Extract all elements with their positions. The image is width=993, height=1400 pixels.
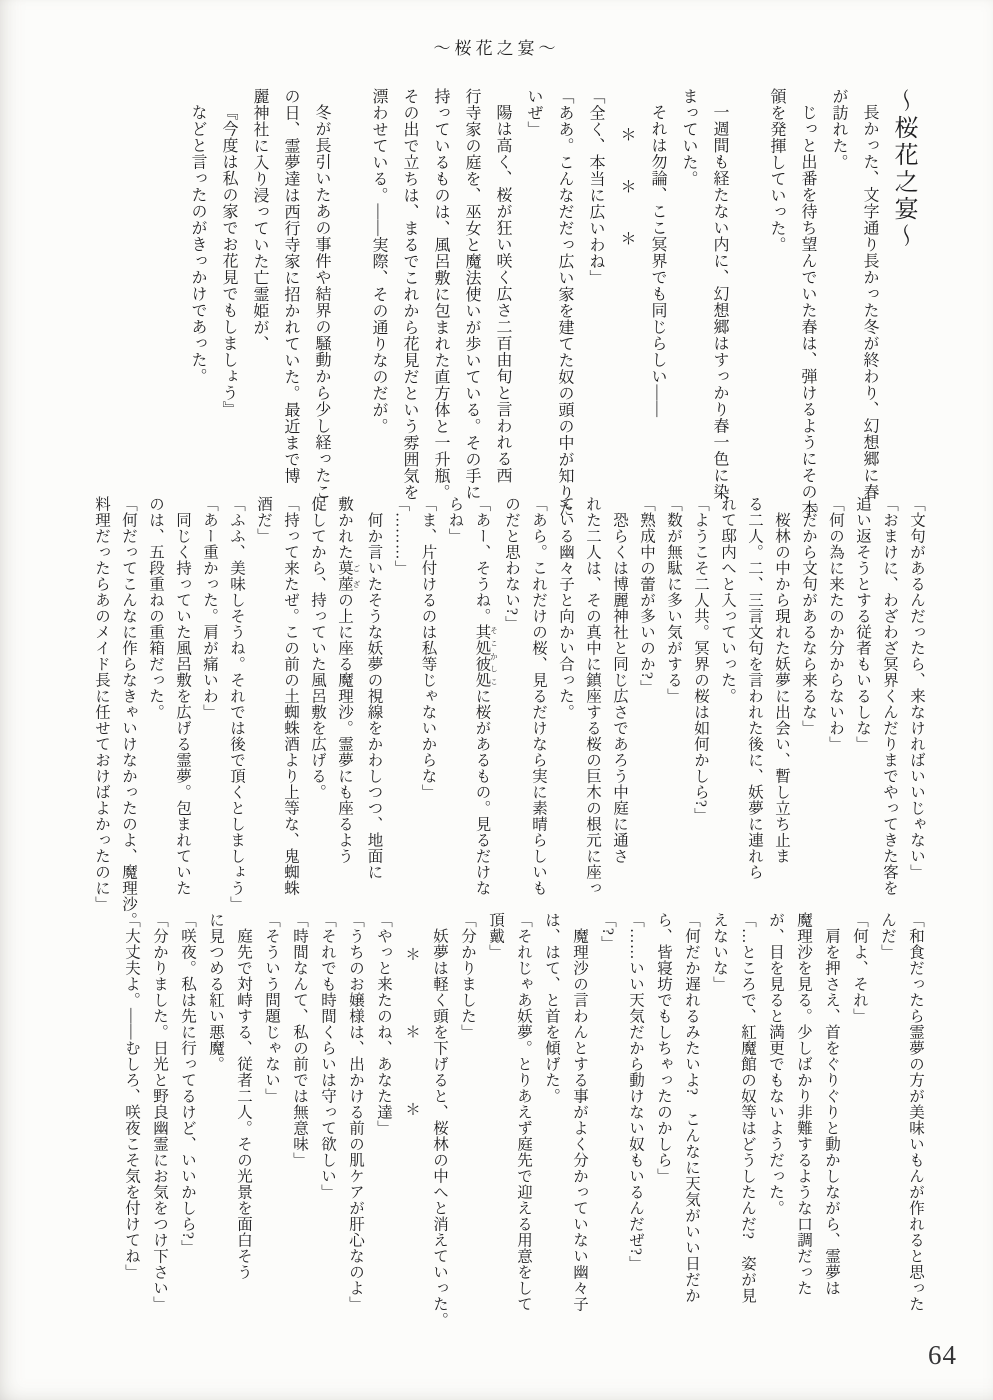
text-column: 妖夢は軽く頭を下げると、桜林の中へと消えていった。 <box>425 912 453 1342</box>
ruby-annotation: そこかしこ <box>490 624 499 688</box>
text-band-opening: 〜桜花之宴〜長かった、文字通り長かった冬が終わり、幻想郷に春が訪れた。じっと出番… <box>182 88 921 508</box>
text-column: 追い返そうとする従者もいるしな」 <box>849 496 876 924</box>
text-column: 促してから、持っていた風呂敷を広げる。 <box>304 496 331 924</box>
text-column: れた二人は、その真中に鎮座する桜の巨木の根元に座っ <box>579 496 606 924</box>
text-column: 「和食だったら霊夢の方が美味いもんが作れると思った <box>901 912 929 1342</box>
text-column: る二人。二、三言文句を言われた後に、妖夢に連れら <box>741 496 768 924</box>
text-column: のは、五段重ねの重箱だった。 <box>142 496 169 924</box>
text-column: 漂わせている。――実際、その通りなのだが。 <box>363 88 394 508</box>
text-column: 酒だ」 <box>250 496 277 924</box>
ruby-base: 其処彼処 <box>474 624 491 688</box>
text-column: 「数が無駄に多い気がする」 <box>660 496 687 924</box>
text-column: 庭先で対峙する、従者二人。その光景を面白そう <box>229 912 257 1342</box>
text-column: 「それでも時間くらいは守って欲しい」 <box>313 912 341 1342</box>
text-column: 行寺家の庭を、巫女と魔法使いが歩いている。その手に <box>456 88 487 508</box>
text-column: 「熟成中の蕾が多いのか?」 <box>633 496 660 924</box>
text-column: 敷かれた茣蓙ござの上に座る魔理沙。霊夢にも座るよう <box>331 496 361 924</box>
text-column: のだと思わない?」 <box>498 496 525 924</box>
text-column: らね」 <box>442 496 469 924</box>
ruby-base: 茣蓙 <box>336 560 353 592</box>
paragraph-gap <box>735 88 761 508</box>
text-column: 「全く、本当に広いわね」 <box>580 88 611 508</box>
text-column: 「分かりました」 <box>453 912 481 1342</box>
text-column: 魔理沙を見る。少しばかり非難するような口調だった <box>789 912 817 1342</box>
text-column: じっと出番を待ち望んでいた春は、弾けるようにその本 <box>792 88 823 508</box>
text-column: 「分かりました。日光と野良幽霊にお気をつけ下さい」 <box>145 912 173 1342</box>
text-column: 料理だったらあのメイド長に任せておけばよかったのに」 <box>88 496 115 924</box>
text-column: 恐らくは博麗神社と同じ広さであろう中庭に通さ <box>606 496 633 924</box>
text-column: 麗神社に入り浸っていた亡霊姫が、 <box>244 88 275 508</box>
text-column: 「………」 <box>388 496 415 924</box>
text-column: 「ああ。こんなだだっ広い家を建てた奴の頭の中が知りた <box>549 88 580 508</box>
text-column: 「ようこそ二人共。冥界の桜は如何かしら?」 <box>687 496 714 924</box>
text-column: 「……いい天気だから動けない奴もいるんだぜ?」 <box>621 912 649 1342</box>
text-column: 「…ところで、紅魔館の奴等はどうしたんだ? 姿が見 <box>733 912 761 1342</box>
text-column: 「あー重かった。肩が痛いわ」 <box>196 496 223 924</box>
text-column: が訪れた。 <box>823 88 854 508</box>
text-column: 陽は高く、桜が狂い咲く広さ二百由旬と言われる西 <box>487 88 518 508</box>
text-column: 「それじゃあ妖夢。とりあえず庭先で迎える用意をして <box>509 912 537 1342</box>
text-column: れて邸内へと入っていった。 <box>714 496 741 924</box>
text-column: 領を発揮していった。 <box>761 88 792 508</box>
text-column: その出で立ちは、まるでこれから花見だという雰囲気を <box>394 88 425 508</box>
text-column: えないな」 <box>705 912 733 1342</box>
novel-scan-page: { "page": { "header_title": "〜桜花之宴〜", "p… <box>0 0 993 1400</box>
text-column: 何か言いたそうな妖夢の視線をかわしつつ、地面に <box>361 496 388 924</box>
text-column: それは勿論、ここ冥界でも同じらしい―― <box>642 88 673 508</box>
text-column: 「?」 <box>593 912 621 1342</box>
text-column: 頂戴」 <box>481 912 509 1342</box>
text-column: が、目を見ると満更でもないようだった。 <box>761 912 789 1342</box>
text-column: 「ふふ、美味しそうね。それでは後で頂くとしましょう」 <box>223 496 250 924</box>
text-column: 「あー、そうね。其処彼処そこかしこに桜があるもの。見るだけな <box>469 496 499 924</box>
text-column: に見つめる紅い悪魔。 <box>201 912 229 1342</box>
text-column: 「うちのお嬢様は、出かける前の肌ケアが肝心なのよ」 <box>341 912 369 1342</box>
text-column: まっていた。 <box>673 88 704 508</box>
section-title-vertical: 〜桜花之宴〜 <box>885 88 921 508</box>
text-band-bottom: 「和食だったら霊夢の方が美味いもんが作れると思ったんだ」「何よ、それ」肩を押さえ… <box>117 912 929 1342</box>
text-column: 持っているものは、風呂敷に包まれた直方体と一升瓶。 <box>425 88 456 508</box>
text-column: 魔理沙の言わんとする事がよく分かっていない幽々子 <box>565 912 593 1342</box>
text-column: 「時間なんて、私の前では無意味」 <box>285 912 313 1342</box>
text-column: 「咲夜。私は先に行ってるけど、いいかしら?」 <box>173 912 201 1342</box>
text-column: ている幽々子と向かい合った。 <box>552 496 579 924</box>
text-column: 「おまけに、わざわざ冥界くんだりまでやってきた客を <box>876 496 903 924</box>
text-column: 一週間も経たない内に、幻想郷はすっかり春一色に染 <box>704 88 735 508</box>
text-column: の日、霊夢達は西行寺家に招かれていた。最近まで博 <box>275 88 306 508</box>
text-band-middle: 「文句があるんだったら、来なければいいじゃない」「おまけに、わざわざ冥界くんだり… <box>88 496 930 924</box>
text-column: 「何だってこんなに作らなきゃいけなかったのよ、魔理沙。 <box>115 496 142 924</box>
text-column: 桜林の中から現れた妖夢に出会い、暫し立ち止ま <box>768 496 795 924</box>
stars-divider: ＊＊＊ <box>611 88 642 508</box>
text-column: 『今度は私の家でお花見でもしましょう』 <box>213 88 244 508</box>
text-column: 「ま、片付けるのは私等じゃないからな」 <box>415 496 442 924</box>
text-column: 「何よ、それ」 <box>845 912 873 1342</box>
text-column: いぜ」 <box>518 88 549 508</box>
text-column: 「だから文句があるなら来るな」 <box>795 496 822 924</box>
text-column: 「大丈夫よ。――むしろ、咲夜こそ気を付けてね」 <box>117 912 145 1342</box>
text-column: 肩を押さえ、首をぐりぐりと動かしながら、霊夢は <box>817 912 845 1342</box>
text-column: 冬が長引いたあの事件や結界の騒動から少し経ったこ <box>306 88 337 508</box>
text-column: 「あら。これだけの桜、見るだけなら実に素晴らしいも <box>525 496 552 924</box>
text-column: ら、皆寝坊でもしちゃったのかしら」 <box>649 912 677 1342</box>
text-column: 「何の為に来たのか分からないわ」 <box>822 496 849 924</box>
text-column: 「やっと来たのね、あなた達」 <box>369 912 397 1342</box>
text-column: んだ」 <box>873 912 901 1342</box>
page-number: 64 <box>928 1340 957 1371</box>
text-column: 同じく持っていた風呂敷を広げる霊夢。包まれていた <box>169 496 196 924</box>
text-column: 長かった、文字通り長かった冬が終わり、幻想郷に春 <box>854 88 885 508</box>
text-column: 「持って来たぜ。この前の土蜘蛛酒より上等な、鬼蜘蛛 <box>277 496 304 924</box>
text-column: 「そういう問題じゃない」 <box>257 912 285 1342</box>
paragraph-gap <box>337 88 363 508</box>
text-column: は、はて、と首を傾げた。 <box>537 912 565 1342</box>
stars-divider: ＊＊＊ <box>397 912 425 1342</box>
ruby-annotation: ござ <box>352 560 361 592</box>
page-header-title: 〜桜花之宴〜 <box>0 34 993 59</box>
text-column: 「何だか遅れるみたいよ? こんなに天気がいい日だか <box>677 912 705 1342</box>
text-column: などと言ったのがきっかけであった。 <box>182 88 213 508</box>
text-column: 「文句があるんだったら、来なければいいじゃない」 <box>903 496 930 924</box>
